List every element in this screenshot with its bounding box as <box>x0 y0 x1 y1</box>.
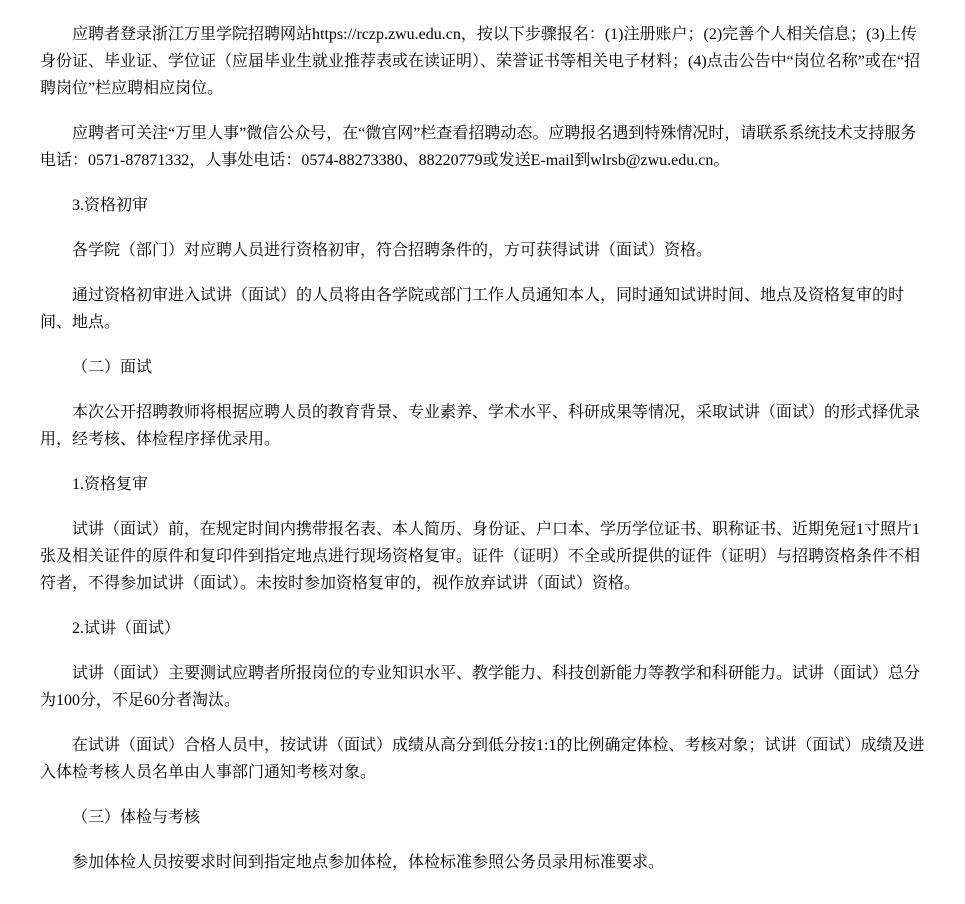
paragraph-initial-review-detail: 各学院（部门）对应聘人员进行资格初审，符合招聘条件的，方可获得试讲（面试）资格。 <box>40 237 932 264</box>
heading-qualification-recheck: 1.资格复审 <box>40 471 932 498</box>
paragraph-initial-review-notice: 通过资格初审进入试讲（面试）的人员将由各学院或部门工作人员通知本人，同时通知试讲… <box>40 282 932 336</box>
paragraph-recheck-detail: 试讲（面试）前，在规定时间内携带报名表、本人简历、身份证、户口本、学历学位证书、… <box>40 516 932 597</box>
heading-trial-lecture: 2.试讲（面试） <box>40 615 932 642</box>
paragraph-physical-exam-detail: 参加体检人员按要求时间到指定地点参加体检，体检标准参照公务员录用标准要求。 <box>40 849 932 876</box>
paragraph-trial-lecture-detail: 试讲（面试）主要测试应聘者所报岗位的专业知识水平、教学能力、科技创新能力等教学和… <box>40 660 932 714</box>
heading-physical-exam-assessment: （三）体检与考核 <box>40 804 932 831</box>
paragraph-registration-steps: 应聘者登录浙江万里学院招聘网站https://rczp.zwu.edu.cn，按… <box>40 21 932 102</box>
heading-interview: （二）面试 <box>40 354 932 381</box>
paragraph-interview-overview: 本次公开招聘教师将根据应聘人员的教育背景、专业素养、学术水平、科研成果等情况，采… <box>40 399 932 453</box>
document-page: 应聘者登录浙江万里学院招聘网站https://rczp.zwu.edu.cn，按… <box>0 0 965 904</box>
heading-qualification-initial-review: 3.资格初审 <box>40 192 932 219</box>
paragraph-contact-info: 应聘者可关注“万里人事”微信公众号，在“微官网”栏查看招聘动态。应聘报名遇到特殊… <box>40 120 932 174</box>
paragraph-score-ranking: 在试讲（面试）合格人员中，按试讲（面试）成绩从高分到低分按1:1的比例确定体检、… <box>40 732 932 786</box>
